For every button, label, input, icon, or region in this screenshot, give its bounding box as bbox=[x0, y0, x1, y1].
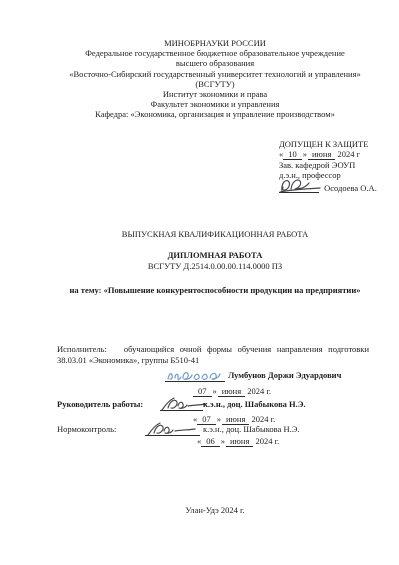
normcontrol-label: Нормоконтроль: bbox=[57, 424, 116, 434]
university-name-line: «Восточно-Сибирский государственный унив… bbox=[57, 69, 373, 79]
osodoeva-signature-icon bbox=[279, 176, 323, 194]
normcontrol-date-month: июня bbox=[226, 436, 253, 447]
executor-signature-row: Лумбунов Доржи Эдуардович bbox=[57, 369, 373, 383]
ministry-line: МИНОБРНАУКИ РОССИИ bbox=[57, 38, 373, 48]
city-year-footer: Улан-Удэ 2024 г. bbox=[57, 505, 373, 515]
normcontrol-date: «06»июня 2024 г. bbox=[197, 436, 279, 447]
executor-label: Исполнитель: bbox=[57, 344, 107, 355]
work-type-title: ВЫПУСКНАЯ КВАЛИФИКАЦИОННАЯ РАБОТА bbox=[57, 229, 373, 239]
approval-signature-row: Осодоева О.А. bbox=[279, 181, 389, 196]
supervisor-row: Руководитель работы: к.э.н., доц. Шабыко… bbox=[57, 399, 373, 413]
supervisor-signature-line bbox=[160, 399, 203, 411]
institution-line: Федеральное государственное бюджетное об… bbox=[57, 48, 373, 58]
approval-title: ДОПУЩЕН К ЗАЩИТЕ bbox=[279, 139, 389, 149]
supervisor-date-year: 2024 г. bbox=[251, 414, 275, 424]
normcontrol-credential: к.э.н., доц. Шабыкова Н.Э. bbox=[203, 424, 299, 434]
approval-position: Зав. кафедрой ЭОУП bbox=[279, 160, 389, 170]
thesis-title-page: МИНОБРНАУКИ РОССИИ Федеральное государст… bbox=[0, 0, 399, 565]
work-kind-title: ДИПЛОМНАЯ РАБОТА bbox=[57, 250, 373, 260]
supervisor-credential: к.э.н., доц. Шабыкова Н.Э. bbox=[203, 399, 306, 409]
approval-date-day: 10 bbox=[283, 149, 302, 160]
supervisor-label: Руководитель работы: bbox=[57, 399, 143, 409]
approval-date-year: 2024 г bbox=[337, 149, 360, 159]
lumbunov-signature-icon bbox=[165, 369, 223, 383]
executor-line: Исполнитель: обучающийся очной формы обу… bbox=[57, 344, 369, 355]
faculty-line: Факультет экономики и управления bbox=[57, 99, 373, 109]
document-code: ВСГУТУ Д.2514.0.00.00.114.0000 ПЗ bbox=[57, 261, 373, 271]
executor-name: Лумбунов Доржи Эдуардович bbox=[228, 370, 341, 380]
approval-date: «10»июня 2024 г bbox=[279, 149, 389, 160]
shabykova-signature-icon bbox=[160, 396, 208, 412]
executor-group: 38.03.01 «Экономика», группы Б510-41 bbox=[57, 355, 369, 366]
executor-signature-line bbox=[165, 369, 225, 382]
normcontrol-date-year: 2024 г. bbox=[255, 436, 279, 446]
normcontrol-signature-line bbox=[145, 424, 200, 436]
normcontrol-date-day: 06 bbox=[201, 436, 220, 447]
thesis-topic: на тему: «Повышение конкурентоспособност… bbox=[57, 285, 373, 295]
approval-signature-line bbox=[279, 181, 319, 193]
executor-description: обучающийся очной формы обучения направл… bbox=[124, 344, 369, 355]
executor-paragraph: Исполнитель: обучающийся очной формы обу… bbox=[57, 344, 369, 365]
executor-date-month: июня bbox=[218, 386, 245, 397]
university-abbr-line: (ВСГУТУ) bbox=[57, 79, 373, 89]
department-line: Кафедра: «Экономика, организация и управ… bbox=[57, 109, 373, 119]
approval-name: Осодоева О.А. bbox=[324, 183, 377, 193]
institute-line: Институт экономики и права bbox=[57, 89, 373, 99]
university-header: МИНОБРНАУКИ РОССИИ Федеральное государст… bbox=[57, 38, 373, 120]
approval-date-month: июня bbox=[308, 149, 335, 160]
shabykova-signature-icon bbox=[145, 421, 197, 437]
approval-block: ДОПУЩЕН К ЗАЩИТЕ «10»июня 2024 г Зав. ка… bbox=[279, 139, 389, 196]
executor-date-year: 2024 г. bbox=[247, 386, 271, 396]
education-level-line: высшего образования bbox=[57, 58, 373, 68]
